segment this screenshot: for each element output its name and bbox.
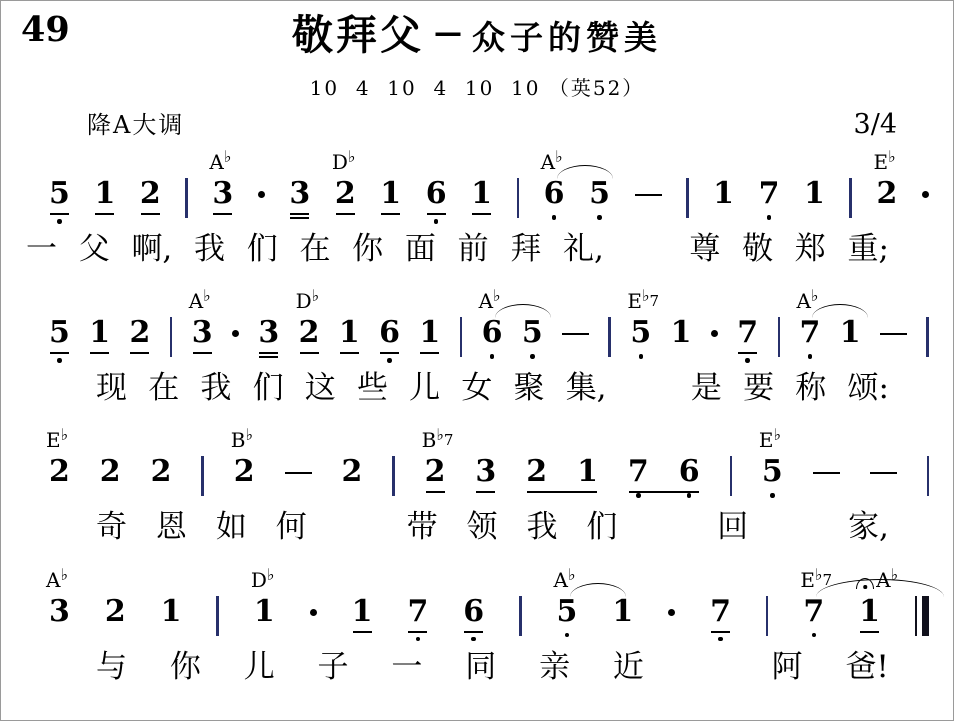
note-digit: 1 bbox=[380, 177, 401, 211]
title-row: 敬拜父—众子的赞美 bbox=[1, 1, 953, 56]
dot-shape bbox=[668, 609, 675, 616]
note-below bbox=[300, 350, 319, 366]
note-below bbox=[50, 211, 69, 227]
beam-underline bbox=[527, 491, 597, 493]
title-dash: — bbox=[434, 16, 462, 49]
note: D♭1 bbox=[254, 595, 275, 645]
eighth-underline bbox=[340, 352, 359, 354]
music-line-4: A♭321D♭1176A♭517E♭77A♭1 bbox=[1, 558, 953, 645]
chord-label: B♭7 bbox=[422, 427, 454, 450]
lyrics-line-3: 奇恩如何带领我们回家, bbox=[96, 509, 889, 546]
barline-stroke bbox=[170, 317, 173, 357]
note-digit: 7 bbox=[803, 595, 824, 629]
lyric-syllable: 亲 bbox=[539, 649, 570, 686]
barline-stroke bbox=[608, 317, 611, 357]
barline-stroke bbox=[730, 456, 733, 496]
beam-underline bbox=[629, 491, 699, 493]
note: A♭3 bbox=[49, 595, 70, 645]
lyric-syllable: 爸! bbox=[845, 649, 888, 686]
note-digit: 2 bbox=[341, 455, 362, 489]
lyric-syllable: 领 bbox=[467, 509, 498, 546]
duration-dash bbox=[635, 177, 662, 196]
barline-stroke bbox=[766, 596, 769, 636]
eighth-underline bbox=[426, 491, 445, 493]
note-digit: 5 bbox=[557, 595, 578, 629]
lyric-syllable: 儿 bbox=[244, 649, 275, 686]
chord-label: B♭ bbox=[231, 427, 253, 450]
lyric-syllable: 如 bbox=[216, 509, 247, 546]
eighth-underline bbox=[472, 213, 491, 215]
hymn-sheet-page: 49 敬拜父—众子的赞美 10 4 10 4 10 10 （英52） 降A大调 … bbox=[0, 0, 954, 721]
barline bbox=[201, 455, 204, 496]
flat-sign: ♭ bbox=[312, 286, 320, 305]
note: 7 bbox=[759, 177, 780, 227]
eighth-underline bbox=[464, 631, 483, 633]
note-below bbox=[50, 350, 69, 366]
note-digit: 2 bbox=[105, 595, 126, 629]
augmentation-dot bbox=[922, 177, 929, 198]
barline bbox=[926, 316, 929, 357]
note-digit: 1 bbox=[671, 316, 692, 350]
note-digit: 2 bbox=[49, 455, 70, 489]
flat-sign: ♭ bbox=[774, 425, 782, 444]
low-octave-dot bbox=[565, 633, 570, 638]
lyric-syllable: 们 bbox=[253, 370, 284, 407]
augmentation-dot bbox=[232, 316, 239, 337]
note-digit: 5 bbox=[49, 177, 70, 211]
note-below bbox=[770, 489, 775, 505]
dot-shape bbox=[310, 609, 317, 616]
flat-sign: ♭ bbox=[811, 286, 819, 305]
low-octave-dot bbox=[387, 358, 392, 363]
note-below bbox=[259, 350, 278, 366]
eighth-underline bbox=[90, 352, 109, 354]
note: 1 bbox=[671, 316, 692, 366]
note-digit: 1 bbox=[577, 455, 598, 489]
note-digit: 1 bbox=[713, 177, 734, 211]
note-below bbox=[141, 211, 160, 227]
note-digit: 5 bbox=[630, 316, 651, 350]
low-octave-dot bbox=[639, 354, 644, 359]
beam-group: 76 bbox=[628, 455, 700, 505]
low-octave-dot bbox=[812, 633, 817, 638]
flat-sign: ♭ bbox=[224, 147, 232, 166]
barline-stroke bbox=[927, 456, 930, 496]
low-octave-dot bbox=[490, 354, 495, 359]
lyric-syllable: 啊, bbox=[131, 231, 172, 268]
low-octave-dot bbox=[57, 358, 62, 363]
score: 512A♭33D♭2161A♭65171E♭2一父啊,我们在你面前拜礼,尊敬郑重… bbox=[1, 140, 953, 686]
flat-sign: ♭ bbox=[891, 565, 899, 584]
note-below bbox=[552, 211, 557, 227]
note: 1 bbox=[804, 177, 825, 227]
lyric-syllable: 们 bbox=[586, 509, 617, 546]
barline-stroke bbox=[849, 178, 852, 218]
lyric-syllable: 重; bbox=[848, 231, 889, 268]
note: 5 bbox=[49, 316, 70, 366]
note-digit: 2 bbox=[877, 177, 898, 211]
note: 5 bbox=[49, 177, 70, 227]
note: 3 bbox=[289, 177, 310, 227]
lyric-syllable: 父 bbox=[79, 231, 110, 268]
music-line-3: E♭222B♭22B♭7232176E♭5 bbox=[1, 418, 953, 505]
note-digit: 5 bbox=[522, 316, 543, 350]
low-octave-dot bbox=[687, 493, 692, 498]
duration-dash bbox=[870, 455, 897, 474]
note: E♭77 bbox=[803, 595, 824, 645]
chord-label: A♭ bbox=[189, 288, 211, 311]
note: 1 bbox=[713, 177, 734, 227]
note: 6 bbox=[463, 595, 484, 645]
barline bbox=[392, 455, 395, 496]
flat-sign: ♭ bbox=[60, 565, 68, 584]
lyric-syllable: 称 bbox=[795, 370, 826, 407]
note-below bbox=[808, 350, 813, 366]
fermata-icon bbox=[856, 578, 874, 589]
barline bbox=[185, 177, 188, 218]
eighth-underline bbox=[213, 213, 232, 215]
note-digit: 2 bbox=[151, 455, 172, 489]
note-digit: 2 bbox=[425, 455, 446, 489]
lyric-syllable: 们 bbox=[247, 231, 278, 268]
hymn-title: 敬拜父 bbox=[292, 11, 424, 59]
lyric-gap bbox=[626, 267, 668, 268]
low-octave-dot bbox=[597, 215, 602, 220]
note: A♭5 bbox=[557, 595, 578, 645]
note: 2 bbox=[151, 455, 172, 505]
eighth-underline bbox=[476, 491, 495, 493]
chord-label: D♭ bbox=[332, 149, 356, 172]
eighth-underline bbox=[259, 356, 278, 358]
note-digit: 7 bbox=[759, 177, 780, 211]
note: 1 bbox=[94, 177, 115, 227]
note-digit: 3 bbox=[475, 455, 496, 489]
lyric-syllable: 尊 bbox=[689, 231, 720, 268]
low-octave-dot bbox=[57, 219, 62, 224]
eighth-underline bbox=[738, 352, 757, 354]
low-octave-dot bbox=[718, 637, 723, 642]
flat-sign: ♭ bbox=[555, 147, 563, 166]
note-digit: 1 bbox=[161, 595, 182, 629]
note: 3 bbox=[258, 316, 279, 366]
note-below bbox=[193, 350, 212, 366]
lyric-syllable: 拜 bbox=[510, 231, 541, 268]
eighth-underline bbox=[130, 352, 149, 354]
music-line-2: 512A♭33D♭2161A♭65E♭7517A♭71 bbox=[1, 279, 953, 366]
note-digit: 5 bbox=[762, 455, 783, 489]
chord-label: A♭ bbox=[209, 149, 231, 172]
low-octave-dot bbox=[434, 219, 439, 224]
note: E♭2 bbox=[877, 177, 898, 227]
lyric-syllable: 郑 bbox=[795, 231, 826, 268]
note: 1 bbox=[612, 595, 633, 645]
barline bbox=[927, 455, 930, 496]
dash-line bbox=[870, 472, 897, 474]
lyric-syllable: 奇 bbox=[96, 509, 127, 546]
note-below bbox=[408, 629, 427, 645]
eighth-underline bbox=[353, 631, 372, 633]
barline-stroke bbox=[926, 317, 929, 357]
flat-sign: ♭ bbox=[61, 425, 69, 444]
dash-line bbox=[813, 472, 840, 474]
lyric-syllable: 我 bbox=[526, 509, 557, 546]
low-octave-dot bbox=[767, 215, 772, 220]
eighth-underline bbox=[193, 352, 212, 354]
lyric-syllable: 你 bbox=[352, 231, 383, 268]
eighth-underline bbox=[380, 352, 399, 354]
note: 5 bbox=[589, 177, 610, 227]
final-thick-stroke bbox=[922, 596, 929, 636]
note-below bbox=[711, 629, 730, 645]
note-digit: 7 bbox=[799, 316, 820, 350]
note-digit: 3 bbox=[49, 595, 70, 629]
augmentation-dot bbox=[310, 595, 317, 616]
note: A♭7 bbox=[799, 316, 820, 366]
chord-label: E♭ bbox=[759, 427, 781, 450]
barline bbox=[216, 595, 219, 636]
note-below bbox=[336, 211, 355, 227]
barline bbox=[766, 595, 769, 636]
note-below bbox=[476, 489, 495, 505]
verse-number: 一 bbox=[26, 231, 57, 268]
note-digit: 2 bbox=[335, 177, 356, 211]
note-digit: 2 bbox=[299, 316, 320, 350]
low-octave-dot bbox=[552, 215, 557, 220]
eighth-underline bbox=[420, 352, 439, 354]
note-below bbox=[381, 211, 400, 227]
lyric-syllable: 我 bbox=[194, 231, 225, 268]
note-digit: 6 bbox=[544, 177, 565, 211]
note-below bbox=[812, 629, 817, 645]
note-digit: 6 bbox=[679, 455, 700, 489]
note: 1 bbox=[380, 177, 401, 227]
dash-line bbox=[635, 194, 662, 196]
lyric-syllable: 面 bbox=[405, 231, 436, 268]
chord-seventh: 7 bbox=[444, 431, 454, 449]
note-below bbox=[860, 629, 879, 645]
note-below bbox=[738, 350, 757, 366]
flat-sign: ♭ bbox=[436, 425, 444, 444]
lyric-syllable: 女 bbox=[461, 370, 492, 407]
barline-stroke bbox=[185, 178, 188, 218]
note-below bbox=[420, 350, 439, 366]
duration-dash bbox=[285, 455, 312, 474]
note: E♭75 bbox=[630, 316, 651, 366]
final-thin-stroke bbox=[915, 596, 918, 636]
eighth-underline bbox=[141, 213, 160, 215]
note-digit: 2 bbox=[234, 455, 255, 489]
key-row: 降A大调 3/4 bbox=[87, 105, 897, 140]
duration-dash bbox=[880, 316, 907, 335]
note-below bbox=[426, 489, 445, 505]
note-digit: 2 bbox=[526, 455, 547, 489]
barline-stroke bbox=[392, 456, 395, 496]
lyric-gap bbox=[336, 546, 378, 547]
low-octave-dot bbox=[636, 493, 641, 498]
barline bbox=[519, 595, 522, 636]
note: 1 bbox=[840, 316, 861, 366]
note: 2 bbox=[140, 177, 161, 227]
final-barline bbox=[915, 595, 929, 636]
eighth-underline bbox=[50, 213, 69, 215]
barline bbox=[608, 316, 611, 357]
eighth-underline bbox=[711, 631, 730, 633]
low-octave-dot bbox=[745, 358, 750, 363]
note-below bbox=[565, 629, 570, 645]
lyric-syllable: 要 bbox=[743, 370, 774, 407]
dot-shape bbox=[232, 330, 239, 337]
lyric-syllable: 礼, bbox=[563, 231, 604, 268]
note: 1 bbox=[419, 316, 440, 366]
barline bbox=[170, 316, 173, 357]
chord-label: A♭ bbox=[796, 288, 818, 311]
note: D♭2 bbox=[335, 177, 356, 227]
flat-sign: ♭ bbox=[348, 147, 356, 166]
lyric-gap bbox=[687, 685, 729, 686]
note-below bbox=[340, 350, 359, 366]
note: 1 bbox=[471, 177, 492, 227]
note: D♭2 bbox=[299, 316, 320, 366]
note: A♭1 bbox=[859, 595, 880, 645]
augmentation-dot bbox=[711, 316, 718, 337]
lyric-gap bbox=[777, 546, 819, 547]
note-digit: 1 bbox=[352, 595, 373, 629]
chord-seventh: 7 bbox=[650, 292, 660, 310]
note-digit: 1 bbox=[254, 595, 275, 629]
note-digit: 3 bbox=[212, 177, 233, 211]
lyric-syllable: 家, bbox=[848, 509, 889, 546]
lyric-syllable: 阿 bbox=[772, 649, 803, 686]
eighth-underline bbox=[336, 213, 355, 215]
note-digit: 7 bbox=[710, 595, 731, 629]
barline-stroke bbox=[460, 317, 463, 357]
note-below bbox=[95, 211, 114, 227]
note: 5 bbox=[522, 316, 543, 366]
lyric-syllable: 些 bbox=[357, 370, 388, 407]
note: B♭2 bbox=[234, 455, 255, 505]
note-digit: 1 bbox=[859, 595, 880, 629]
dash-line bbox=[562, 333, 589, 335]
low-octave-dot bbox=[530, 354, 535, 359]
lyric-syllable: 在 bbox=[148, 370, 179, 407]
lyric-syllable: 我 bbox=[200, 370, 231, 407]
lyric-syllable: 恩 bbox=[156, 509, 187, 546]
lyric-syllable: 前 bbox=[458, 231, 489, 268]
note: A♭6 bbox=[544, 177, 565, 227]
note: 1 bbox=[577, 455, 598, 505]
flat-sign: ♭ bbox=[267, 565, 275, 584]
eighth-underline bbox=[381, 213, 400, 215]
chord-label: E♭ bbox=[874, 149, 896, 172]
barline bbox=[778, 316, 781, 357]
note-digit: 2 bbox=[130, 316, 151, 350]
dot-shape bbox=[711, 330, 718, 337]
barline bbox=[686, 177, 689, 218]
note-digit: 6 bbox=[379, 316, 400, 350]
note-below bbox=[353, 629, 372, 645]
eighth-underline bbox=[50, 352, 69, 354]
note-below bbox=[290, 211, 309, 227]
note: 7 bbox=[628, 455, 649, 505]
note: 7 bbox=[407, 595, 428, 645]
lyric-syllable: 子 bbox=[318, 649, 349, 686]
duration-dash bbox=[813, 455, 840, 474]
chord-label: D♭ bbox=[296, 288, 320, 311]
lyric-syllable: 这 bbox=[305, 370, 336, 407]
eighth-underline bbox=[290, 213, 309, 215]
note-digit: 3 bbox=[192, 316, 213, 350]
dash-line bbox=[880, 333, 907, 335]
augmentation-dot bbox=[668, 595, 675, 616]
lyric-syllable: 回 bbox=[717, 509, 748, 546]
note-digit: 1 bbox=[471, 177, 492, 211]
chord-label: A♭ bbox=[856, 567, 898, 590]
note-digit: 6 bbox=[463, 595, 484, 629]
chord-label: A♭ bbox=[554, 567, 576, 590]
note-digit: 7 bbox=[737, 316, 758, 350]
eighth-underline bbox=[259, 352, 278, 354]
note: A♭3 bbox=[212, 177, 233, 227]
note-below bbox=[530, 350, 535, 366]
beam-group: 21 bbox=[526, 455, 598, 505]
note: 1 bbox=[352, 595, 373, 645]
flat-sign: ♭ bbox=[642, 286, 650, 305]
note-digit: 7 bbox=[407, 595, 428, 629]
note-below bbox=[639, 350, 644, 366]
note-digit: 6 bbox=[482, 316, 503, 350]
note-digit: 1 bbox=[339, 316, 360, 350]
barline bbox=[730, 455, 733, 496]
note-below bbox=[472, 211, 491, 227]
barline-stroke bbox=[201, 456, 204, 496]
eighth-underline bbox=[408, 631, 427, 633]
lyric-syllable: 儿 bbox=[409, 370, 440, 407]
lyric-syllable: 是 bbox=[691, 370, 722, 407]
lyric-gap bbox=[628, 406, 670, 407]
barline bbox=[849, 177, 852, 218]
note-digit: 5 bbox=[49, 316, 70, 350]
lyric-syllable: 集, bbox=[566, 370, 607, 407]
lyrics-line-1: 一父啊,我们在你面前拜礼,尊敬郑重; bbox=[26, 231, 889, 268]
lyric-syllable: 现 bbox=[96, 370, 127, 407]
lyric-syllable: 近 bbox=[613, 649, 644, 686]
note: E♭2 bbox=[49, 455, 70, 505]
note-digit: 1 bbox=[94, 177, 115, 211]
note-digit: 1 bbox=[840, 316, 861, 350]
note-digit: 2 bbox=[140, 177, 161, 211]
hymn-number: 49 bbox=[21, 9, 70, 50]
note-below bbox=[767, 211, 772, 227]
note: 6 bbox=[426, 177, 447, 227]
time-signature: 3/4 bbox=[854, 109, 897, 140]
note-below bbox=[464, 629, 483, 645]
chord-label: A♭ bbox=[541, 149, 563, 172]
note: 1 bbox=[89, 316, 110, 366]
note: A♭3 bbox=[192, 316, 213, 366]
lyric-syllable: 聚 bbox=[514, 370, 545, 407]
note-below bbox=[597, 211, 602, 227]
note: 3 bbox=[475, 455, 496, 505]
flat-sign: ♭ bbox=[493, 286, 501, 305]
chord-label: D♭ bbox=[251, 567, 275, 590]
low-octave-dot bbox=[471, 637, 476, 642]
lyric-gap bbox=[646, 546, 688, 547]
note: 6 bbox=[379, 316, 400, 366]
note: 2 bbox=[130, 316, 151, 366]
flat-sign: ♭ bbox=[203, 286, 211, 305]
chord-label: A♭ bbox=[479, 288, 501, 311]
lyric-syllable: 你 bbox=[170, 649, 201, 686]
